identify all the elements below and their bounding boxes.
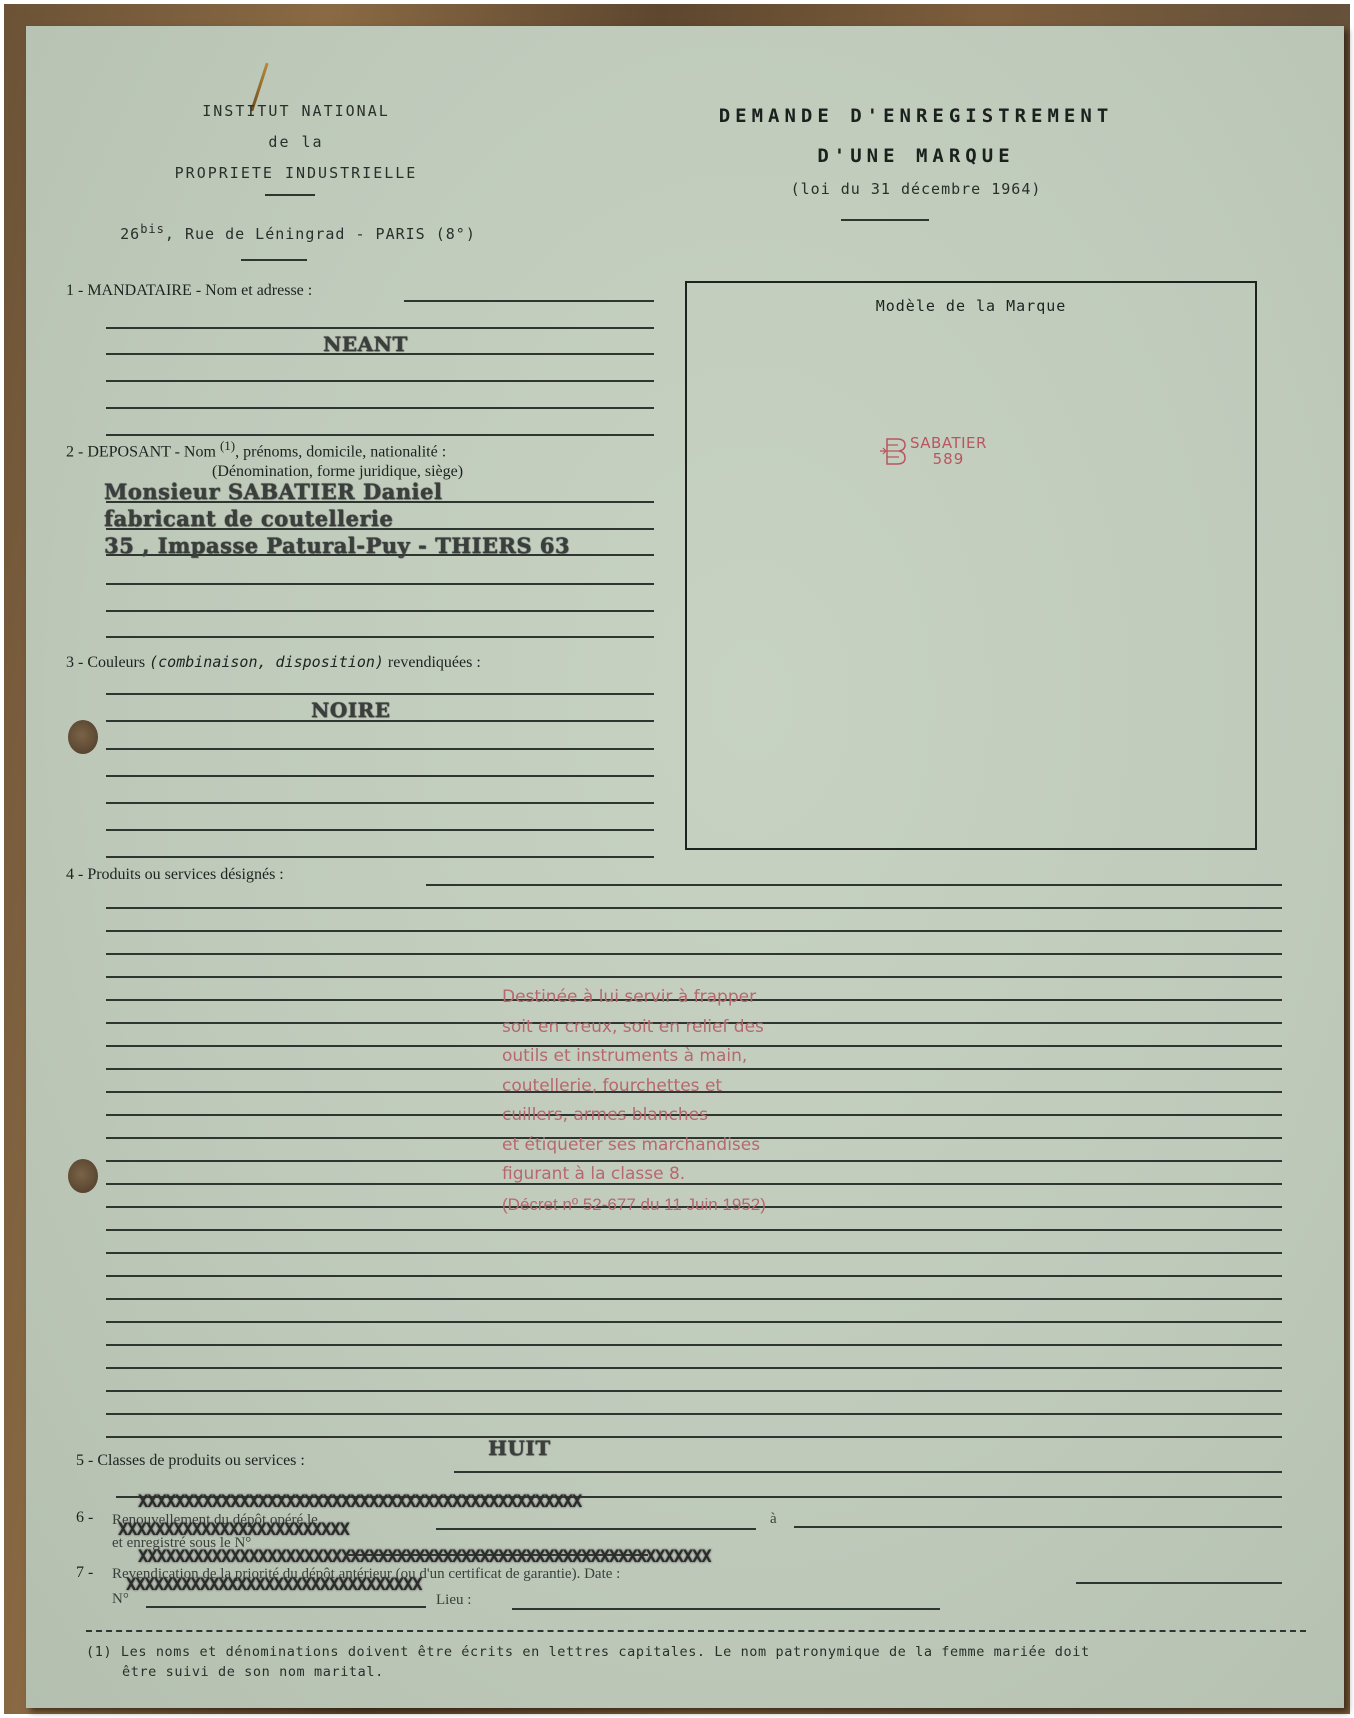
revendication-number: 7 - — [76, 1564, 93, 1582]
couleurs-line[interactable] — [106, 856, 654, 858]
couleurs-line[interactable] — [106, 693, 654, 695]
mandataire-line[interactable] — [106, 380, 654, 382]
products-stamp-text: Destinée à lui servir à frapper soit en … — [502, 983, 766, 1219]
title-line2: D'UNE MARQUE — [656, 136, 1176, 176]
produits-line[interactable] — [106, 907, 1282, 909]
renouvellement-date-line[interactable] — [436, 1528, 756, 1530]
produits-line[interactable] — [106, 930, 1282, 932]
deposant-line[interactable] — [106, 610, 654, 612]
institute-line2: de la — [146, 127, 446, 158]
deposant-profession: fabricant de coutellerie — [104, 505, 570, 532]
footnote: (1) Les noms et dénominations doivent êt… — [86, 1642, 1090, 1682]
couleurs-line[interactable] — [106, 829, 654, 831]
footnote-line2: être suivi de son nom marital. — [86, 1662, 1090, 1682]
redaction-mark: XXXXXXXXXXXXXXXXXXXXXXXXXXXXXXXX — [126, 1575, 422, 1595]
produits-line[interactable] — [106, 1252, 1282, 1254]
classes-line[interactable] — [454, 1471, 1282, 1473]
produits-line[interactable] — [106, 1367, 1282, 1369]
produits-line[interactable] — [106, 1275, 1282, 1277]
produits-line[interactable] — [106, 953, 1282, 955]
produits-line[interactable] — [106, 1413, 1282, 1415]
header-divider — [265, 194, 315, 196]
couleurs-label: 3 - Couleurs (combinaison, disposition) … — [66, 653, 481, 672]
stamp-number: 589 — [910, 451, 987, 467]
produits-line[interactable] — [106, 1229, 1282, 1231]
crown-b-logo-icon — [879, 436, 907, 466]
renouvellement-a: à — [770, 1511, 777, 1528]
couleurs-line[interactable] — [106, 775, 654, 777]
footnote-divider — [86, 1630, 1306, 1632]
address-divider — [241, 259, 307, 261]
produits-line[interactable] — [106, 976, 1282, 978]
form-sheet: INSTITUT NATIONAL de la PROPRIETE INDUST… — [26, 26, 1344, 1708]
mandataire-line[interactable] — [106, 327, 654, 329]
redaction-mark: XXXXXXXXXXXXXXXXXXXXXXXXXXXXXXXXXXXXXXXX… — [138, 1492, 581, 1512]
mark-model-box[interactable]: Modèle de la Marque SABATIER 589 — [685, 281, 1257, 850]
produits-line[interactable] — [106, 1390, 1282, 1392]
revendication-place-line[interactable] — [512, 1608, 940, 1610]
title-law: (loi du 31 décembre 1964) — [656, 180, 1176, 198]
redaction-mark: XXXXXXXXXXXXXXXXXXXXXXXXX — [118, 1520, 349, 1540]
produits-line[interactable] — [426, 884, 1282, 886]
title-divider — [841, 219, 929, 221]
institute-line3: PROPRIETE INDUSTRIELLE — [146, 158, 446, 189]
mandataire-line[interactable] — [106, 407, 654, 409]
mandataire-line[interactable] — [404, 300, 654, 302]
deposant-line[interactable] — [106, 636, 654, 638]
revendication-lieu: Lieu : — [436, 1592, 471, 1609]
institute-name: INSTITUT NATIONAL de la PROPRIETE INDUST… — [146, 96, 446, 189]
produits-line[interactable] — [106, 1344, 1282, 1346]
couleurs-line[interactable] — [106, 802, 654, 804]
deposant-address: 35 , Impasse Patural-Puy - THIERS 63 — [104, 532, 570, 559]
revendication-date-line[interactable] — [1076, 1582, 1282, 1584]
stamp-brand: SABATIER — [910, 435, 987, 451]
revendication-number-line[interactable] — [146, 1606, 426, 1608]
renouvellement-place-line[interactable] — [794, 1526, 1282, 1528]
form-title: DEMANDE D'ENREGISTREMENT D'UNE MARQUE — [656, 96, 1176, 176]
sabatier-stamp: SABATIER 589 — [879, 435, 987, 467]
footnote-line1: (1) Les noms et dénominations doivent êt… — [86, 1642, 1090, 1662]
punch-hole — [68, 1159, 98, 1193]
punch-hole — [68, 720, 98, 754]
classes-value: HUIT — [488, 1436, 551, 1460]
classes-label: 5 - Classes de produits ou services : — [76, 1452, 305, 1470]
deposant-name: Monsieur SABATIER Daniel — [104, 478, 570, 505]
deposant-line[interactable] — [106, 583, 654, 585]
couleurs-line[interactable] — [106, 748, 654, 750]
mandataire-value: NEANT — [323, 332, 408, 356]
institute-address: 26bis, Rue de Léningrad - PARIS (8°) — [98, 222, 498, 243]
institute-line1: INSTITUT NATIONAL — [146, 96, 446, 127]
mandataire-label: 1 - MANDATAIRE - Nom et adresse : — [66, 282, 312, 300]
mark-model-label: Modèle de la Marque — [687, 297, 1255, 315]
deposant-label: 2 - DEPOSANT - Nom (1), prénoms, domicil… — [66, 438, 446, 461]
deposant-value: Monsieur SABATIER Daniel fabricant de co… — [104, 478, 570, 559]
title-line1: DEMANDE D'ENREGISTREMENT — [656, 96, 1176, 136]
produits-label: 4 - Produits ou services désignés : — [66, 866, 284, 884]
produits-line[interactable] — [106, 1436, 1282, 1438]
mandataire-line[interactable] — [106, 434, 654, 436]
redaction-mark: XXXXXXXXXXXXXXXXXXXXXXXXXXXXXXXXXXXXXXXX… — [138, 1547, 711, 1567]
produits-line[interactable] — [106, 1298, 1282, 1300]
produits-line[interactable] — [106, 1321, 1282, 1323]
renouvellement-number: 6 - — [76, 1509, 93, 1527]
couleurs-value: NOIRE — [311, 698, 390, 722]
